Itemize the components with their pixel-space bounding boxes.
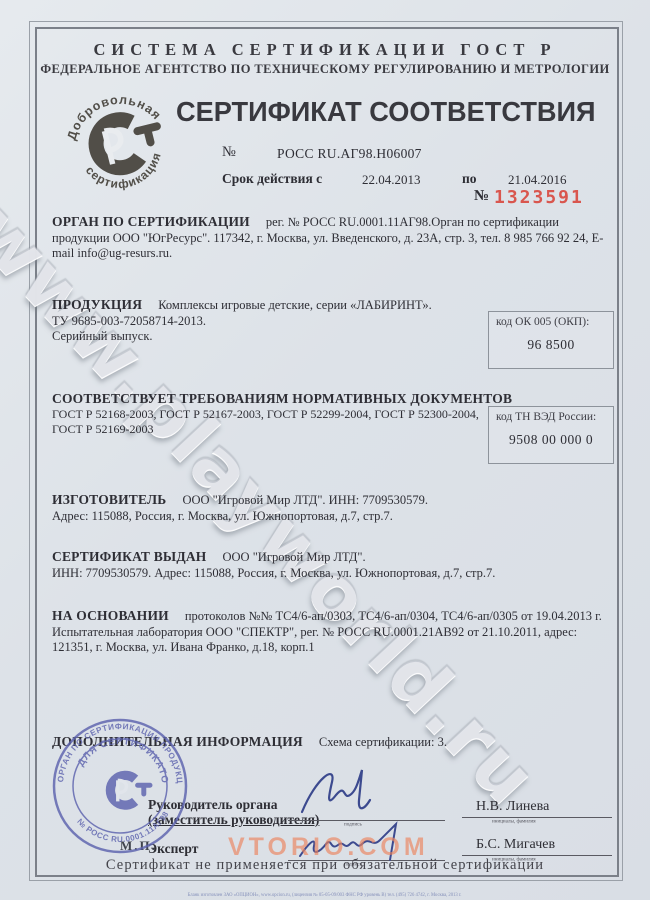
section-production: ПРОДУКЦИЯКомплексы игровые детские, сери… (52, 297, 492, 345)
name-caption: инициалы, фамилия (492, 819, 536, 824)
okp-code-label: код ОК 005 (ОКП): (489, 312, 613, 328)
validity-label: Срок действия с (222, 171, 322, 187)
fine-print-text: Бланк изготовлен ЗАО «ОПЦИОН», www.opcio… (188, 893, 462, 898)
agency-title: ФЕДЕРАЛЬНОЕ АГЕНТСТВО ПО ТЕХНИЧЕСКОМУ РЕ… (0, 62, 650, 77)
valid-from-date: 22.04.2013 (362, 172, 421, 188)
head-name: Н.В. Линева (476, 799, 549, 815)
valid-to-date: 21.04.2016 (508, 172, 567, 188)
certification-body-stamp-icon: ОРГАН ПО СЕРТИФИКАЦИИ ПРОДУКЦИИ ООО «ЮгР… (50, 716, 190, 856)
system-title: СИСТЕМА СЕРТИФИКАЦИИ ГОСТ Р (0, 40, 650, 60)
section-label: ПРОДУКЦИЯ (52, 297, 158, 312)
gost-line2: ГОСТ Р 52169-2003 (52, 422, 492, 438)
expert-name: Б.С. Мигачев (476, 837, 555, 853)
okp-code-box: код ОК 005 (ОКП): 96 8500 (488, 311, 614, 369)
certificate-page: www.playworld.ru СИСТЕМА СЕРТИФИКАЦИИ ГО… (0, 0, 650, 900)
issued-line2: ИНН: 7709530579. Адрес: 115088, Россия, … (52, 566, 614, 582)
section-certification-body: ОРГАН ПО СЕРТИФИКАЦИИрег. № РОСС RU.0001… (52, 214, 614, 262)
additional-text: Схема сертификации: 3. (319, 735, 447, 749)
head-name-line (462, 817, 612, 818)
basis-line1: протоколов №№ ТС4/6-ап/0303, ТС4/6-ап/03… (185, 609, 602, 623)
stamp-rst-glyph (110, 775, 150, 805)
tnved-code-label: код ТН ВЭД России: (489, 407, 613, 423)
section-label: СООТВЕТСТВУЕТ ТРЕБОВАНИЯМ НОРМАТИВНЫХ ДО… (52, 391, 614, 407)
form-fine-print: Бланк изготовлен ЗАО «ОПЦИОН», www.opcio… (0, 884, 650, 900)
document-title: СЕРТИФИКАТ СООТВЕТСТВИЯ (176, 96, 596, 128)
form-number: 1323591 (494, 187, 584, 208)
basis-line2: Испытательная лаборатория ООО "СПЕКТР", … (52, 625, 620, 656)
cert-number-value: РОСС RU.АГ98.Н06007 (277, 146, 422, 162)
head-signature (296, 762, 406, 824)
issued-line1: ООО "Игровой Мир ЛТД". (223, 550, 366, 564)
production-line3: Серийный выпуск. (52, 329, 492, 345)
overlay-watermark: VTORIO.COM (228, 833, 429, 862)
section-basis: НА ОСНОВАНИИпротоколов №№ ТС4/6-ап/0303,… (52, 608, 620, 656)
gost-line1: ГОСТ Р 52168-2003, ГОСТ Р 52167-2003, ГО… (52, 407, 492, 423)
section-manufacturer: ИЗГОТОВИТЕЛЬООО "Игровой Мир ЛТД". ИНН: … (52, 492, 614, 524)
tnved-code-box: код ТН ВЭД России: 9508 00 000 0 (488, 406, 614, 464)
production-line1: Комплексы игровые детские, серии «ЛАБИРИ… (158, 298, 432, 312)
form-number-sign: № (474, 188, 489, 205)
section-label: ИЗГОТОВИТЕЛЬ (52, 492, 182, 507)
validity-to-label: по (462, 171, 477, 187)
cert-number-label: № (222, 144, 236, 161)
tnved-code-value: 9508 00 000 0 (489, 432, 613, 448)
section-issued-to: СЕРТИФИКАТ ВЫДАНООО "Игровой Мир ЛТД". И… (52, 549, 614, 581)
expert-name-line (462, 855, 612, 856)
manufacturer-line2: Адрес: 115088, Россия, г. Москва, ул. Юж… (52, 509, 614, 525)
production-line2: ТУ 9685-003-72058714-2013. (52, 314, 492, 330)
manufacturer-line1: ООО "Игровой Мир ЛТД". ИНН: 7709530579. (182, 493, 428, 507)
section-label: СЕРТИФИКАТ ВЫДАН (52, 549, 223, 564)
section-label: НА ОСНОВАНИИ (52, 608, 185, 623)
section-label: ОРГАН ПО СЕРТИФИКАЦИИ (52, 214, 266, 229)
okp-code-value: 96 8500 (489, 337, 613, 353)
